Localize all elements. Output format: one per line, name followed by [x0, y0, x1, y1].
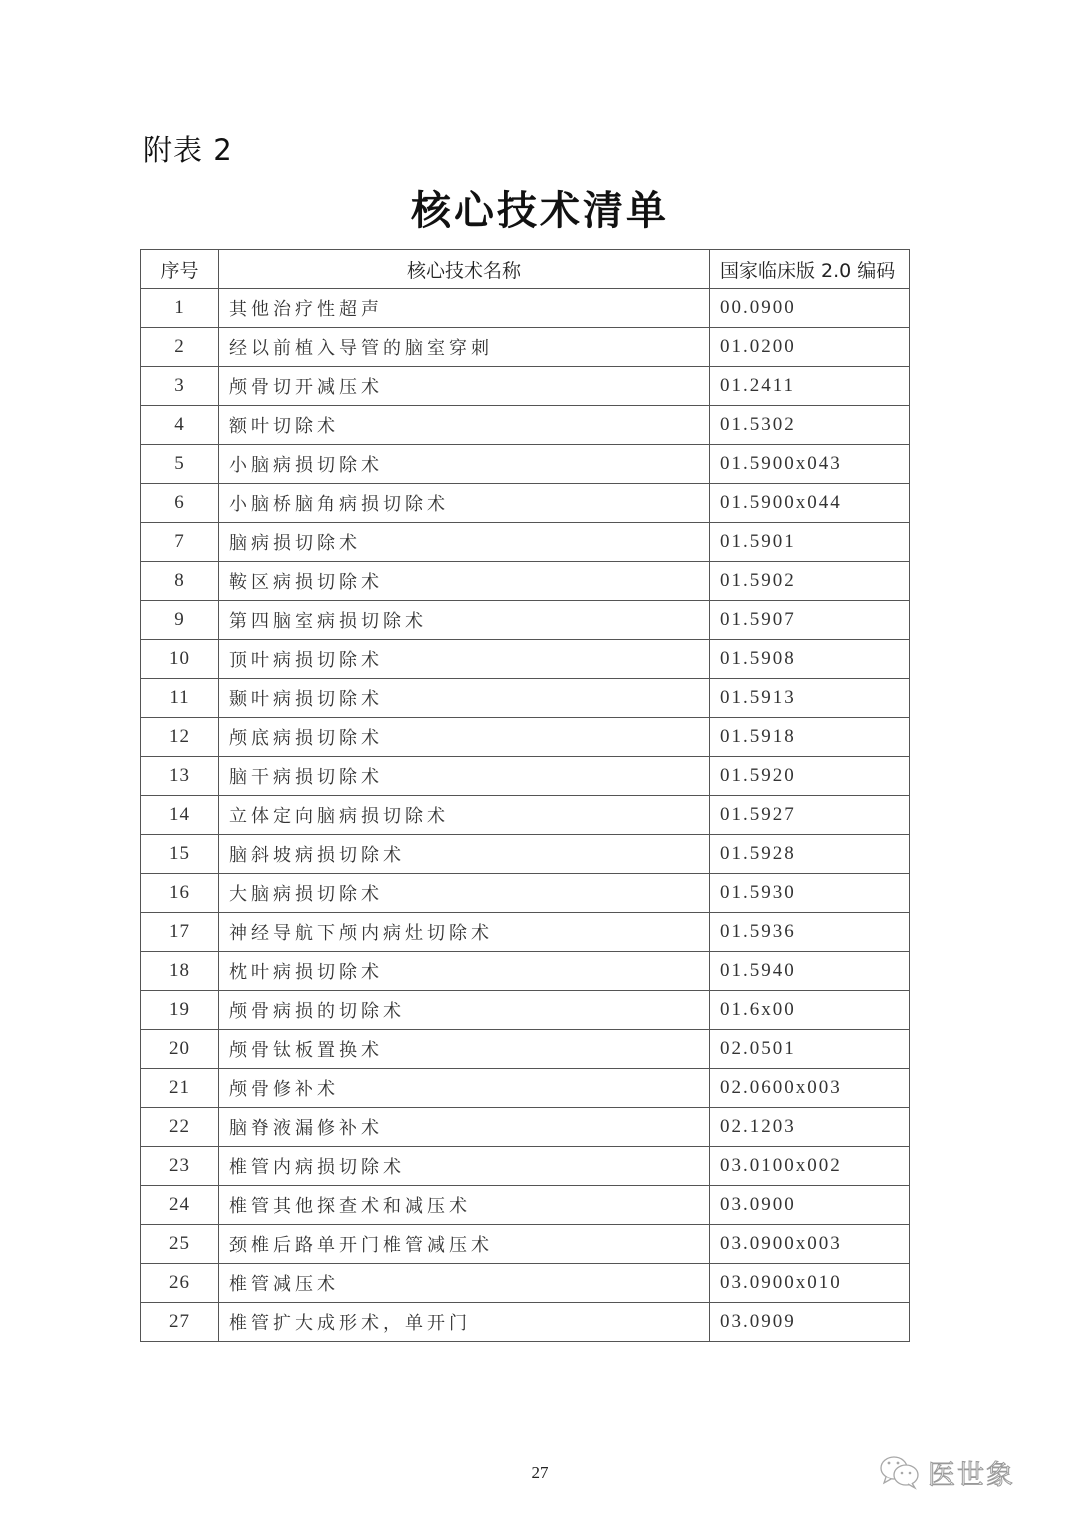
- clinical-code: 01.5920: [710, 757, 910, 796]
- technology-name: 顶叶病损切除术: [219, 640, 710, 679]
- clinical-code: 01.6x00: [710, 991, 910, 1030]
- table-row: 4额叶切除术01.5302: [141, 406, 910, 445]
- clinical-code: 01.5918: [710, 718, 910, 757]
- clinical-code: 02.0600x003: [710, 1069, 910, 1108]
- technology-name: 大脑病损切除术: [219, 874, 710, 913]
- clinical-code: 01.5908: [710, 640, 910, 679]
- technology-name: 颅骨修补术: [219, 1069, 710, 1108]
- table-row: 26椎管减压术03.0900x010: [141, 1264, 910, 1303]
- row-number: 16: [141, 874, 219, 913]
- row-number: 23: [141, 1147, 219, 1186]
- table-row: 2经以前植入导管的脑室穿刺01.0200: [141, 328, 910, 367]
- page-title: 核心技术清单: [0, 183, 1080, 239]
- clinical-code: 02.1203: [710, 1108, 910, 1147]
- technology-name: 颅骨钛板置换术: [219, 1030, 710, 1069]
- technology-name: 颅底病损切除术: [219, 718, 710, 757]
- table-row: 27椎管扩大成形术，单开门03.0909: [141, 1303, 910, 1342]
- table-row: 13脑干病损切除术01.5920: [141, 757, 910, 796]
- clinical-code: 01.5913: [710, 679, 910, 718]
- column-header-number: 序号: [141, 250, 219, 289]
- row-number: 1: [141, 289, 219, 328]
- row-number: 12: [141, 718, 219, 757]
- technology-name: 小脑病损切除术: [219, 445, 710, 484]
- clinical-code: 01.5936: [710, 913, 910, 952]
- technology-name: 颈椎后路单开门椎管减压术: [219, 1225, 710, 1264]
- technology-name: 颅骨切开减压术: [219, 367, 710, 406]
- column-header-code: 国家临床版 2.0 编码: [710, 250, 910, 289]
- table-row: 5小脑病损切除术01.5900x043: [141, 445, 910, 484]
- technology-name: 鞍区病损切除术: [219, 562, 710, 601]
- table-row: 21颅骨修补术02.0600x003: [141, 1069, 910, 1108]
- row-number: 26: [141, 1264, 219, 1303]
- row-number: 14: [141, 796, 219, 835]
- clinical-code: 03.0900: [710, 1186, 910, 1225]
- row-number: 17: [141, 913, 219, 952]
- table-row: 10顶叶病损切除术01.5908: [141, 640, 910, 679]
- row-number: 21: [141, 1069, 219, 1108]
- technology-name: 其他治疗性超声: [219, 289, 710, 328]
- clinical-code: 01.5901: [710, 523, 910, 562]
- row-number: 3: [141, 367, 219, 406]
- table-row: 11颞叶病损切除术01.5913: [141, 679, 910, 718]
- row-number: 22: [141, 1108, 219, 1147]
- technology-name: 脑病损切除术: [219, 523, 710, 562]
- row-number: 9: [141, 601, 219, 640]
- column-header-name: 核心技术名称: [219, 250, 710, 289]
- technology-name: 小脑桥脑角病损切除术: [219, 484, 710, 523]
- table-row: 17神经导航下颅内病灶切除术01.5936: [141, 913, 910, 952]
- row-number: 11: [141, 679, 219, 718]
- table-row: 22脑脊液漏修补术02.1203: [141, 1108, 910, 1147]
- table-row: 15脑斜坡病损切除术01.5928: [141, 835, 910, 874]
- technology-name: 额叶切除术: [219, 406, 710, 445]
- technology-name: 颞叶病损切除术: [219, 679, 710, 718]
- table-row: 7脑病损切除术01.5901: [141, 523, 910, 562]
- row-number: 24: [141, 1186, 219, 1225]
- wechat-icon: [878, 1454, 922, 1490]
- row-number: 10: [141, 640, 219, 679]
- row-number: 6: [141, 484, 219, 523]
- table-row: 9第四脑室病损切除术01.5907: [141, 601, 910, 640]
- table-row: 1其他治疗性超声00.0900: [141, 289, 910, 328]
- technology-name: 枕叶病损切除术: [219, 952, 710, 991]
- row-number: 13: [141, 757, 219, 796]
- row-number: 2: [141, 328, 219, 367]
- table-row: 6小脑桥脑角病损切除术01.5900x044: [141, 484, 910, 523]
- clinical-code: 01.5927: [710, 796, 910, 835]
- clinical-code: 01.5928: [710, 835, 910, 874]
- clinical-code: 01.5900x043: [710, 445, 910, 484]
- technology-name: 立体定向脑病损切除术: [219, 796, 710, 835]
- table-row: 12颅底病损切除术01.5918: [141, 718, 910, 757]
- clinical-code: 03.0100x002: [710, 1147, 910, 1186]
- clinical-code: 01.2411: [710, 367, 910, 406]
- technology-name: 脑斜坡病损切除术: [219, 835, 710, 874]
- table-body: 1其他治疗性超声00.09002经以前植入导管的脑室穿刺01.02003颅骨切开…: [141, 289, 910, 1342]
- technology-name: 椎管扩大成形术，单开门: [219, 1303, 710, 1342]
- clinical-code: 01.5940: [710, 952, 910, 991]
- row-number: 25: [141, 1225, 219, 1264]
- table-row: 24椎管其他探查术和减压术03.0900: [141, 1186, 910, 1225]
- appendix-label: 附表 2: [143, 130, 233, 170]
- table-row: 16大脑病损切除术01.5930: [141, 874, 910, 913]
- table-row: 25颈椎后路单开门椎管减压术03.0900x003: [141, 1225, 910, 1264]
- technology-name: 椎管减压术: [219, 1264, 710, 1303]
- clinical-code: 01.5900x044: [710, 484, 910, 523]
- clinical-code: 03.0900x003: [710, 1225, 910, 1264]
- technology-name: 椎管其他探查术和减压术: [219, 1186, 710, 1225]
- table-row: 8鞍区病损切除术01.5902: [141, 562, 910, 601]
- technology-name: 神经导航下颅内病灶切除术: [219, 913, 710, 952]
- clinical-code: 01.5302: [710, 406, 910, 445]
- technology-name: 经以前植入导管的脑室穿刺: [219, 328, 710, 367]
- clinical-code: 01.0200: [710, 328, 910, 367]
- technology-name: 脑干病损切除术: [219, 757, 710, 796]
- row-number: 19: [141, 991, 219, 1030]
- technology-name: 椎管内病损切除术: [219, 1147, 710, 1186]
- table-header-row: 序号 核心技术名称 国家临床版 2.0 编码: [141, 250, 910, 289]
- row-number: 20: [141, 1030, 219, 1069]
- clinical-code: 01.5902: [710, 562, 910, 601]
- watermark: 医世象: [878, 1452, 1015, 1492]
- technology-name: 第四脑室病损切除术: [219, 601, 710, 640]
- core-technology-table: 序号 核心技术名称 国家临床版 2.0 编码 1其他治疗性超声00.09002经…: [140, 249, 910, 1342]
- table-row: 3颅骨切开减压术01.2411: [141, 367, 910, 406]
- clinical-code: 03.0909: [710, 1303, 910, 1342]
- technology-name: 颅骨病损的切除术: [219, 991, 710, 1030]
- table-row: 14立体定向脑病损切除术01.5927: [141, 796, 910, 835]
- row-number: 18: [141, 952, 219, 991]
- row-number: 15: [141, 835, 219, 874]
- row-number: 4: [141, 406, 219, 445]
- clinical-code: 03.0900x010: [710, 1264, 910, 1303]
- row-number: 8: [141, 562, 219, 601]
- table-row: 23椎管内病损切除术03.0100x002: [141, 1147, 910, 1186]
- clinical-code: 02.0501: [710, 1030, 910, 1069]
- clinical-code: 01.5907: [710, 601, 910, 640]
- row-number: 5: [141, 445, 219, 484]
- table-row: 19颅骨病损的切除术01.6x00: [141, 991, 910, 1030]
- watermark-text: 医世象: [928, 1453, 1015, 1492]
- clinical-code: 01.5930: [710, 874, 910, 913]
- table-row: 20颅骨钛板置换术02.0501: [141, 1030, 910, 1069]
- technology-name: 脑脊液漏修补术: [219, 1108, 710, 1147]
- clinical-code: 00.0900: [710, 289, 910, 328]
- table-row: 18枕叶病损切除术01.5940: [141, 952, 910, 991]
- row-number: 7: [141, 523, 219, 562]
- row-number: 27: [141, 1303, 219, 1342]
